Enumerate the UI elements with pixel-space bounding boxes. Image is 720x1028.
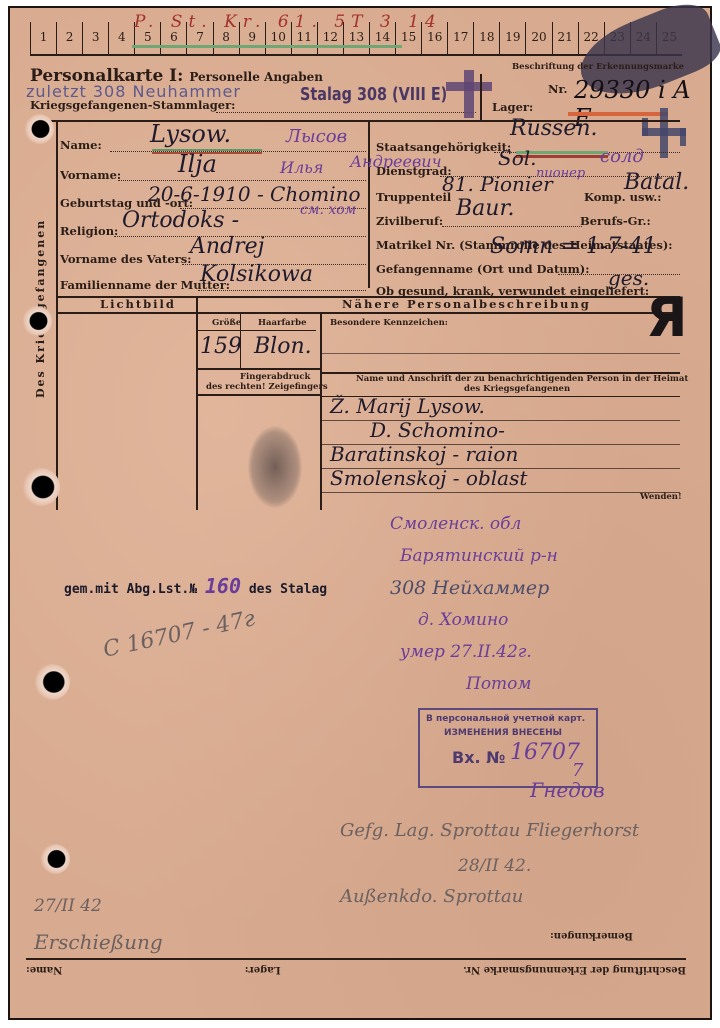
german-pencil-3: Außenkdo. Sprottau	[340, 886, 523, 907]
name-cyrillic: Лысов	[286, 126, 347, 147]
camp-dots	[216, 112, 476, 113]
groesse-label: Größe	[212, 318, 241, 328]
truppen-label: Truppenteil	[376, 190, 451, 204]
berufs-label: Berufs-Gr.:	[580, 214, 651, 228]
blue-cross-stamp-icon	[642, 108, 686, 158]
russian-line: умер 27.II.42г.	[390, 636, 558, 668]
komp-value: Batal.	[624, 170, 689, 195]
id-nr-label: Nr.	[548, 82, 568, 96]
ruler-cell: 2	[56, 22, 82, 54]
russian-line: д. Хомино	[390, 604, 558, 636]
vorname-value: Ilja	[178, 150, 217, 178]
photo-divider	[196, 296, 198, 510]
ruler-cell: 19	[499, 22, 525, 54]
name-value: Lysow.	[150, 120, 231, 148]
russian-line: 308 Нейхаммер	[390, 572, 558, 604]
header-divider	[480, 74, 482, 120]
dienstgrad-value: Sol.	[498, 146, 537, 170]
religion-label: Religion:	[60, 224, 118, 238]
gesund-value: ges.	[608, 266, 649, 290]
russian-line: Смоленск. обл	[390, 508, 558, 540]
camp-label: Kriegsgefangenen-Stammlager:	[30, 98, 235, 112]
receipt-stamp: В персональной учетной карт. ИЗМЕНЕНИЯ В…	[418, 708, 598, 788]
column-divider	[368, 120, 370, 288]
finger-label-1: Fingerabdruck	[240, 372, 310, 382]
kennzeichen-divider	[320, 312, 322, 510]
personal-card: 1234567891011121314151617181920212223242…	[8, 6, 712, 1020]
contact-header-1: Name und Anschrift der zu benachrichtige…	[356, 374, 688, 384]
ruler-cell: 3	[82, 22, 108, 54]
pencil-ref: С 16707 - 47г	[101, 606, 257, 663]
signature-mark: Я	[646, 286, 688, 349]
russian-annotations: Смоленск. облБарятинский р-н308 Нейхамме…	[390, 508, 558, 700]
cross-stamp-icon	[446, 70, 492, 118]
zivil-value: Baur.	[456, 196, 515, 221]
green-underline	[132, 45, 402, 48]
wenden-label: Wenden!	[640, 492, 682, 502]
ruler-cell: 18	[473, 22, 499, 54]
german-pencil-2: 28/II 42.	[458, 856, 531, 876]
kennzeichen-line	[320, 353, 680, 354]
contact-line-text: Smolenskoj - oblast	[330, 466, 527, 490]
vorname-dots	[118, 180, 366, 181]
mutter-value: Kolsikowa	[200, 262, 313, 287]
finger-label-2: des rechten! Zeigefingers	[206, 382, 328, 392]
left-word: Erschießung	[34, 930, 163, 954]
zivil-dots	[442, 226, 582, 227]
haar-value: Blon.	[254, 334, 312, 359]
contact-line	[320, 492, 680, 493]
geburt-cyrillic: см. хом	[300, 202, 356, 218]
section-header: Nähere Personalbeschreibung	[342, 297, 591, 311]
vater-value: Andrej	[190, 234, 265, 259]
contact-line-text: Baratinskoj - raion	[330, 442, 527, 466]
contact-lines: Ž. Marij Lysow.D. Schomino-Baratinskoj -…	[330, 394, 527, 490]
stamp-signature: Гнедов	[530, 778, 605, 802]
haar-label: Haarfarbe	[258, 318, 307, 328]
gefangen-value: Somn = 1-7-41	[490, 234, 657, 259]
desc-header-line	[56, 312, 680, 314]
ruler-cell: 21	[552, 22, 578, 54]
finger-top	[196, 368, 320, 370]
footer-row: Beschriftung der Erkennungsmarke Nr. Lag…	[26, 964, 686, 975]
vorname-label: Vorname:	[60, 168, 121, 182]
mutter-dots	[198, 290, 366, 291]
date-left: 27/II 42	[34, 896, 102, 916]
religion-value: Ortodoks -	[122, 208, 239, 233]
ruler-cell: 20	[525, 22, 551, 54]
ruler-cell: 4	[108, 22, 134, 54]
contact-line-text: Ž. Marij Lysow.	[330, 394, 527, 418]
truppen-cyrillic: пионер	[536, 166, 585, 181]
camp-stamp: Stalag 308 (VIII E)	[300, 84, 447, 105]
finger-bottom	[196, 394, 320, 396]
russian-line: Потом	[390, 668, 558, 700]
punch-hole	[40, 844, 70, 874]
punch-hole	[24, 114, 54, 144]
fingerprint	[248, 426, 302, 508]
id-header: Beschriftung der Erkennungsmarke	[512, 62, 684, 72]
zivil-label: Zivilberuf:	[376, 214, 443, 228]
vater-label: Vorname des Vaters:	[60, 252, 191, 266]
size-line	[196, 330, 316, 331]
photo-header: Lichtbild	[100, 297, 176, 311]
staat-value: Russen.	[510, 116, 598, 141]
contact-line-text: D. Schomino-	[330, 418, 527, 442]
lager-label: Lager:	[492, 100, 533, 114]
vorname-cyrillic: Илья	[280, 158, 323, 177]
bemerkungen-label: Bemerkungen:	[550, 930, 633, 941]
kennzeichen-label: Besondere Kennzeichen:	[330, 318, 448, 328]
groesse-value: 159	[200, 334, 242, 359]
punch-hole	[22, 468, 60, 506]
punch-hole	[34, 664, 70, 700]
left-border	[56, 120, 58, 510]
footer-line	[26, 958, 686, 960]
russian-line: Барятинский р-н	[390, 540, 558, 572]
dienstgrad-cyrillic: солд	[600, 146, 644, 167]
contact-header-2: des Kriegsgefangenen	[464, 384, 570, 394]
ruler-cell: 1	[30, 22, 56, 54]
ruler-annotation: P. St. Kr. 61. 5T 3 14	[134, 12, 442, 32]
typed-line: gem.mit Abg.Lst.№ 160 des Stalag	[64, 574, 327, 598]
ruler-cell: 17	[447, 22, 473, 54]
german-pencil-1: Gefg. Lag. Sprottau Fliegerhorst	[340, 820, 639, 841]
name-label: Name:	[60, 138, 102, 152]
punch-hole	[22, 306, 52, 336]
staat-label: Staatsangehörigkeit:	[376, 140, 511, 154]
